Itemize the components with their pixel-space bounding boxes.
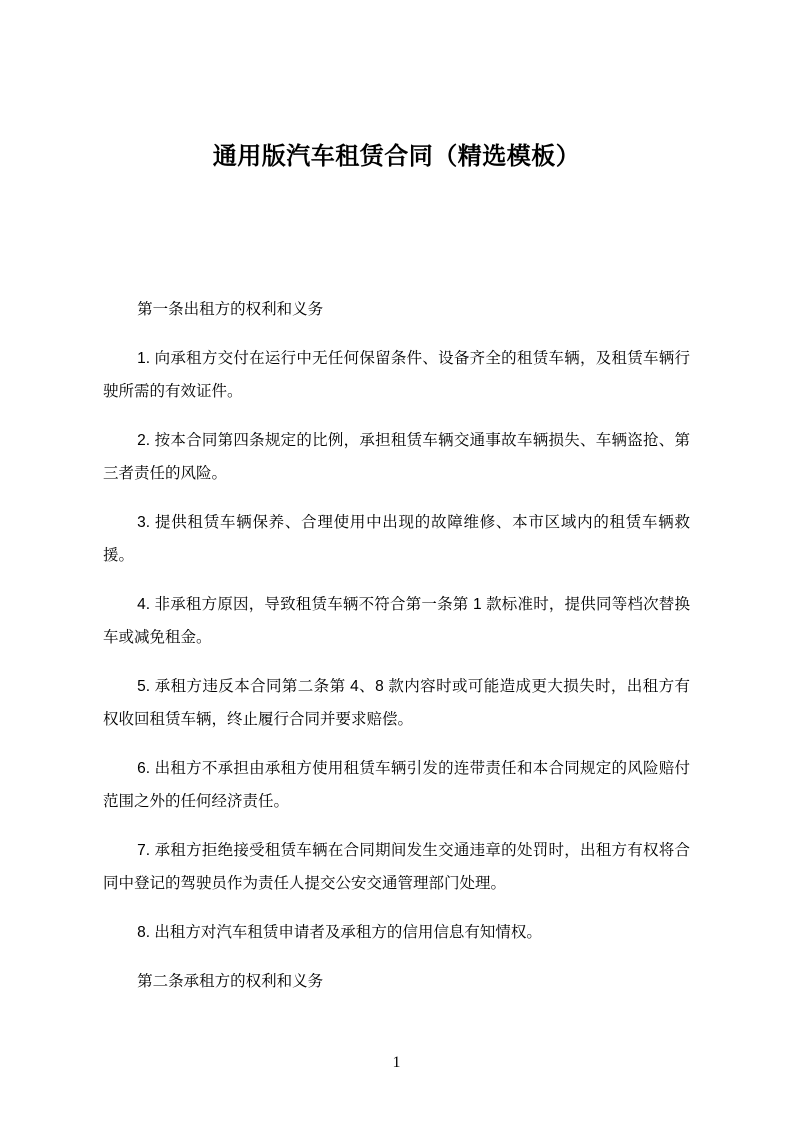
contract-clause: 7. 承租方拒绝接受租赁车辆在合同期间发生交通违章的处罚时，出租方有权将合同中登… <box>103 834 690 900</box>
contract-clause: 3. 提供租赁车辆保养、合理使用中出现的故障维修、本市区域内的租赁车辆救援。 <box>103 506 690 572</box>
page-number: 1 <box>0 1054 793 1072</box>
contract-body: 第一条出租方的权利和义务 1. 向承租方交付在运行中无任何保留条件、设备齐全的租… <box>103 293 690 998</box>
contract-clause: 1. 向承租方交付在运行中无任何保留条件、设备齐全的租赁车辆，及租赁车辆行驶所需… <box>103 342 690 408</box>
contract-clause: 8. 出租方对汽车租赁申请者及承租方的信用信息有知情权。 <box>103 916 690 949</box>
contract-clause: 5. 承租方违反本合同第二条第 4、8 款内容时或可能造成更大损失时，出租方有权… <box>103 670 690 736</box>
document-page: 通用版汽车租赁合同（精选模板） 第一条出租方的权利和义务 1. 向承租方交付在运… <box>0 0 793 1122</box>
contract-clause: 6. 出租方不承担由承租方使用租赁车辆引发的连带责任和本合同规定的风险赔付范围之… <box>103 752 690 818</box>
section-heading-article-1: 第一条出租方的权利和义务 <box>103 293 690 326</box>
contract-clause: 2. 按本合同第四条规定的比例，承担租赁车辆交通事故车辆损失、车辆盗抢、第三者责… <box>103 424 690 490</box>
document-title: 通用版汽车租赁合同（精选模板） <box>103 140 690 173</box>
contract-clause: 4. 非承租方原因，导致租赁车辆不符合第一条第 1 款标准时，提供同等档次替换车… <box>103 588 690 654</box>
section-heading-article-2: 第二条承租方的权利和义务 <box>103 965 690 998</box>
article-1-clauses: 1. 向承租方交付在运行中无任何保留条件、设备齐全的租赁车辆，及租赁车辆行驶所需… <box>103 342 690 949</box>
